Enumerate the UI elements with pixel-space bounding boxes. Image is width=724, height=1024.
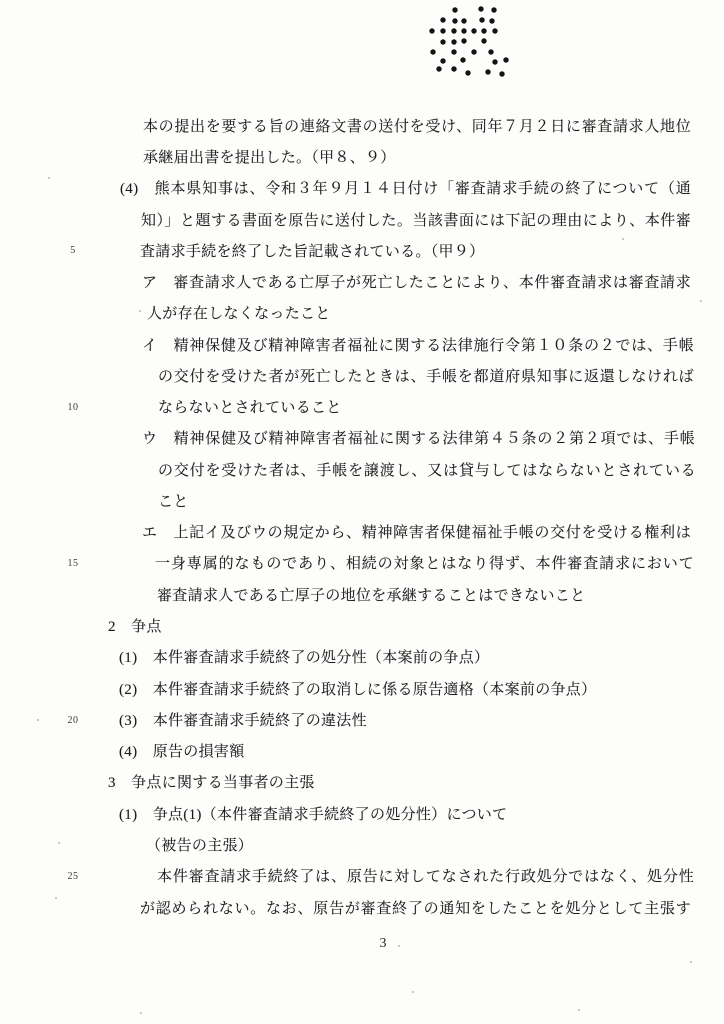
scan-speckle bbox=[660, 131, 662, 133]
scan-speckle bbox=[37, 719, 39, 721]
text-line: の交付を受けた者は、手帳を譲渡し、又は貸与してはならないとされている bbox=[158, 461, 696, 482]
scan-speckle bbox=[700, 300, 702, 302]
text-line: （被告の主張） bbox=[146, 836, 253, 857]
text-line: 本件審査請求手続終了は、原告に対してなされた行政処分ではなく、処分性 bbox=[157, 867, 694, 888]
text-line: ならないとされていること bbox=[158, 398, 342, 419]
text-line: (1) 本件審査請求手続終了の処分性（本案前の争点） bbox=[119, 648, 489, 669]
text-line: ア 審査請求人である亡厚子が死亡したことにより、本件審査請求は審査請求 bbox=[142, 273, 691, 294]
text-line: 人が存在しなくなったこと bbox=[147, 304, 331, 325]
margin-line-number: 20 bbox=[60, 715, 86, 726]
margin-line-number: 5 bbox=[60, 245, 86, 256]
scan-speckle bbox=[139, 310, 141, 312]
text-line: 本の提出を要する旨の連絡文書の送付を受け、同年７月２日に審査請求人地位 bbox=[143, 117, 691, 138]
scan-speckle bbox=[55, 897, 57, 899]
text-line: エ 上記イ及びウの規定から、精神障害者保健福祉手帳の交付を受ける権利は bbox=[142, 523, 691, 544]
text-line: イ 精神保健及び精神障害者福祉に関する法律施行令第１０条の２では、手帳 bbox=[142, 336, 694, 357]
text-line: (3) 本件審査請求手続終了の違法性 bbox=[119, 711, 367, 732]
text-line: (4) 熊本県知事は、令和３年９月１４日付け「審査請求手続の終了について（通 bbox=[120, 179, 691, 200]
text-line: ウ 精神保健及び精神障害者福祉に関する法律第４５条の２第２項では、手帳 bbox=[142, 429, 695, 450]
text-line: 3 争点に関する当事者の主張 bbox=[108, 773, 315, 794]
scan-speckle bbox=[48, 177, 50, 179]
scan-speckle bbox=[578, 1009, 580, 1011]
scan-speckle bbox=[398, 945, 400, 947]
text-line: (1) 争点(1)（本件審査請求手続終了の処分性）について bbox=[119, 805, 507, 826]
margin-line-number: 15 bbox=[60, 558, 86, 569]
text-line: 一身専属的なものであり、相続の対象とはなり得ず、本件審査請求において bbox=[155, 554, 694, 575]
margin-line-number: 25 bbox=[60, 871, 86, 882]
text-line: 知）」と題する書面を原告に送付した。当該書面には下記の理由により、本件審 bbox=[141, 211, 691, 232]
text-line: の交付を受けた者が死亡したときは、手帳を都道府県知事に返還しなければ bbox=[158, 367, 694, 388]
scan-speckle bbox=[58, 842, 60, 844]
scan-speckle bbox=[140, 1012, 142, 1014]
text-line: 承継届出書を提出した。（甲８、９） bbox=[143, 148, 396, 169]
scan-speckle bbox=[412, 991, 414, 993]
text-line: 査請求手続を終了した旨記載されている。（甲９） bbox=[140, 242, 484, 263]
margin-line-number: 10 bbox=[60, 402, 86, 413]
document-page: 5 10 15 20 25 本の提出を要する旨の連絡文書の送付を受け、同年７月２… bbox=[0, 0, 724, 1024]
text-line: 2 争点 bbox=[108, 617, 162, 638]
text-line: (4) 原告の損害額 bbox=[119, 742, 245, 763]
text-line: こと bbox=[158, 492, 189, 513]
scan-speckle bbox=[690, 961, 692, 963]
text-line: が認められない。なお、原告が審査終了の通知をしたことを処分として主張す bbox=[140, 899, 691, 920]
stamp-dot-pattern bbox=[0, 0, 724, 90]
page-number: 3 bbox=[368, 936, 398, 952]
text-line: 審査請求人である亡厚子の地位を承継することはできないこと bbox=[157, 586, 585, 607]
text-line: (2) 本件審査請求手続終了の取消しに係る原告適格（本案前の争点） bbox=[119, 680, 596, 701]
scan-speckle bbox=[622, 238, 624, 240]
